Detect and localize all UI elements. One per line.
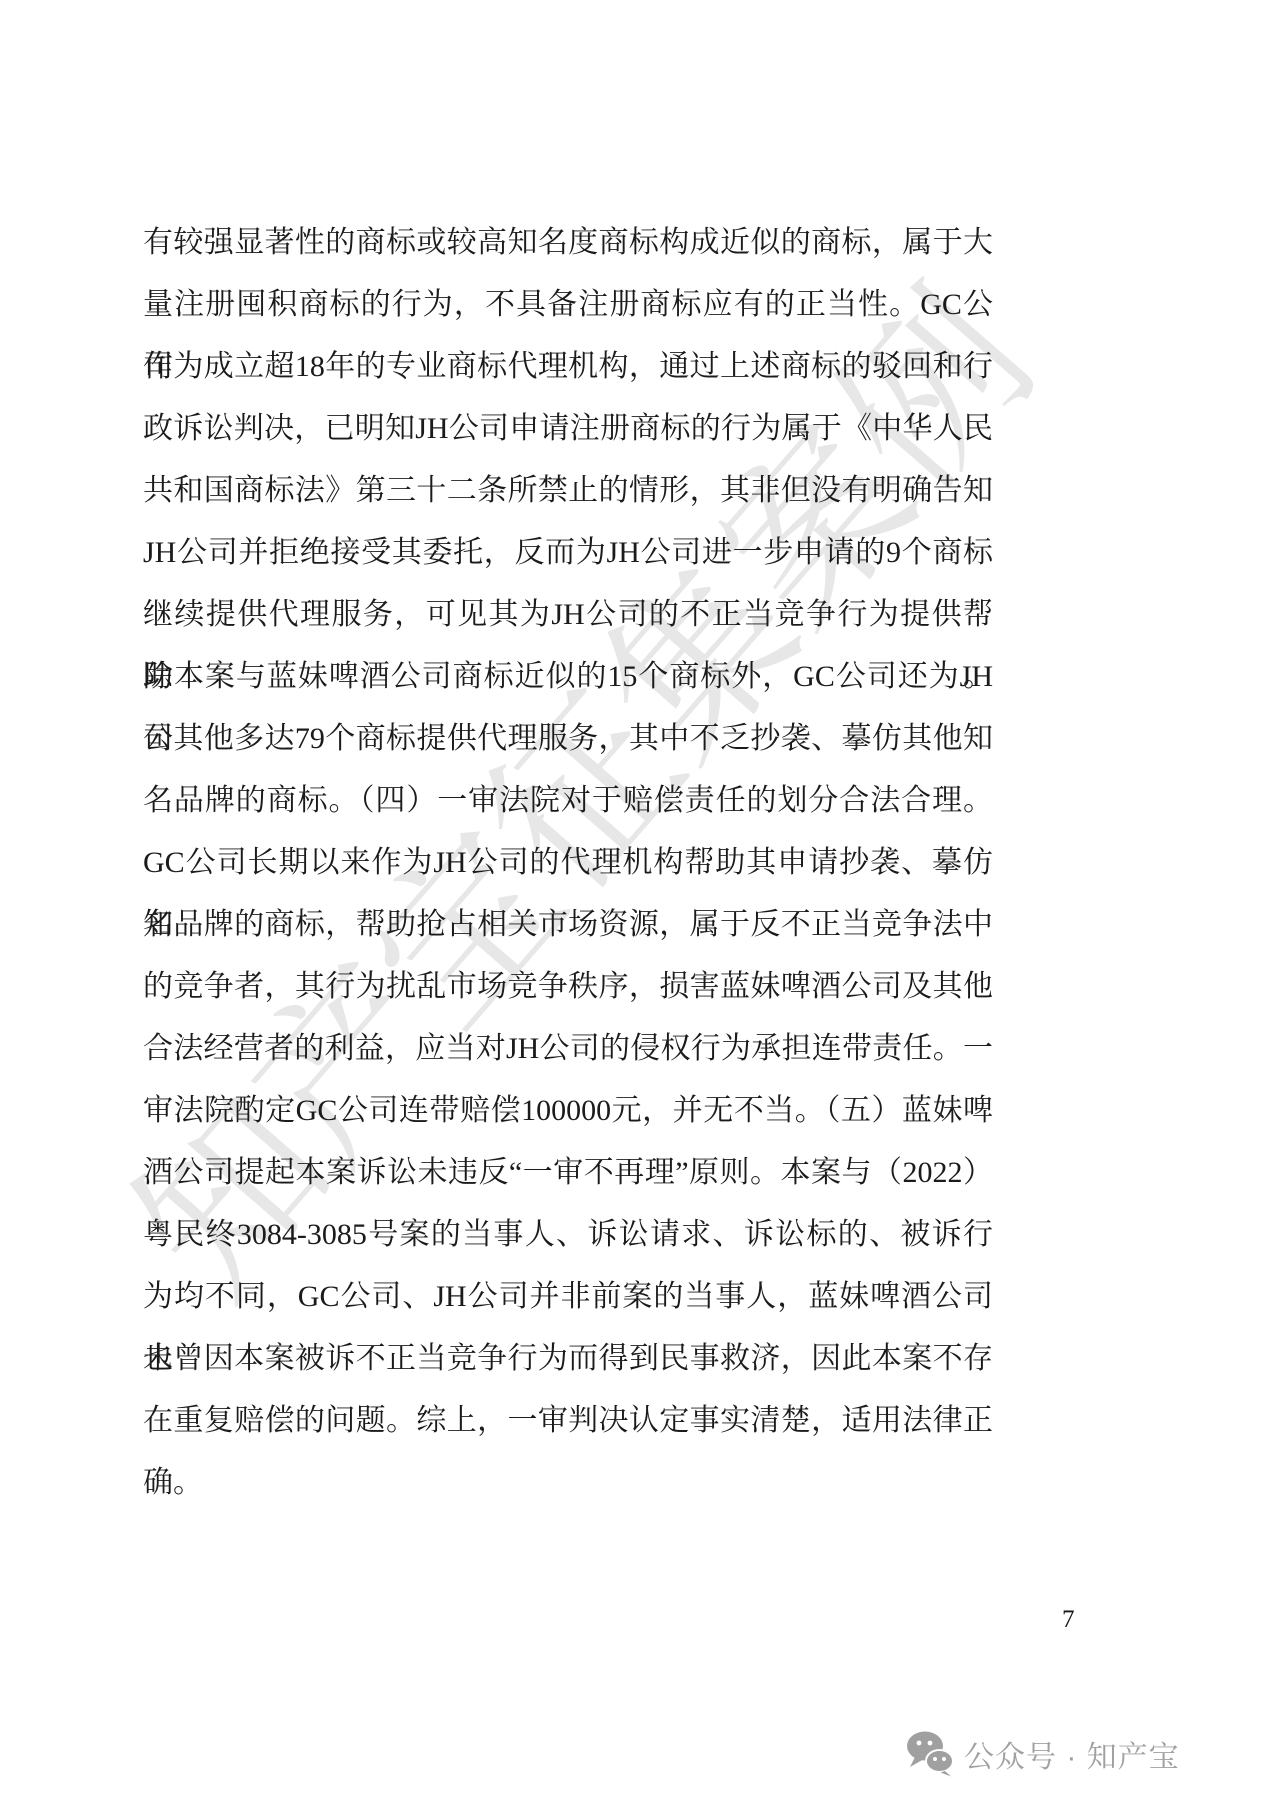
text-line: 的竞争者，其行为扰乱市场竞争秩序，损害蓝妹啤酒公司及其他 <box>143 956 993 1018</box>
judgment-text-block: 有较强显著性的商标或较高知名度商标构成近似的商标，属于大 量注册囤积商标的行为，… <box>143 212 993 1514</box>
text-line: 为均不同，GC公司、JH公司并非前案的当事人，蓝妹啤酒公司也 <box>143 1266 993 1328</box>
text-line: GC公司长期以来作为JH公司的代理机构帮助其申请抄袭、摹仿知 <box>143 832 993 894</box>
text-line: 司其他多达79个商标提供代理服务，其中不乏抄袭、摹仿其他知 <box>143 708 993 770</box>
text-line: 合法经营者的利益，应当对JH公司的侵权行为承担连带责任。一 <box>143 1018 993 1080</box>
text-line: 未曾因本案被诉不正当竞争行为而得到民事救济，因此本案不存 <box>143 1328 993 1390</box>
text-line: 酒公司提起本案诉讼未违反“一审不再理”原则。本案与（2022） <box>143 1142 993 1204</box>
wechat-icon <box>906 1731 954 1777</box>
page-number: 7 <box>1062 1606 1075 1634</box>
footer-brand: 公众号 · 知产宝 <box>906 1731 1180 1777</box>
text-line: 粤民终3084-3085号案的当事人、诉讼请求、诉讼标的、被诉行 <box>143 1204 993 1266</box>
text-line: 审法院酌定GC公司连带赔偿100000元，并无不当。（五）蓝妹啤 <box>143 1080 993 1142</box>
text-line: 名品牌的商标，帮助抢占相关市场资源，属于反不正当竞争法中 <box>143 894 993 956</box>
text-line: 在重复赔偿的问题。综上，一审判决认定事实清楚，适用法律正 <box>143 1390 993 1452</box>
text-line: 作为成立超18年的专业商标代理机构，通过上述商标的驳回和行 <box>143 336 993 398</box>
text-line: 继续提供代理服务，可见其为JH公司的不正当竞争行为提供帮助。 <box>143 584 993 646</box>
footer-brand-label: 公众号 · 知产宝 <box>964 1732 1180 1776</box>
text-line: 共和国商标法》第三十二条所禁止的情形，其非但没有明确告知 <box>143 460 993 522</box>
document-page: 知产宝征集案例 有较强显著性的商标或较高知名度商标构成近似的商标，属于大 量注册… <box>0 0 1280 1810</box>
text-line: JH公司并拒绝接受其委托，反而为JH公司进一步申请的9个商标 <box>143 522 993 584</box>
text-line: 确。 <box>143 1452 993 1514</box>
text-line: 政诉讼判决，已明知JH公司申请注册商标的行为属于《中华人民 <box>143 398 993 460</box>
text-line: 有较强显著性的商标或较高知名度商标构成近似的商标，属于大 <box>143 212 993 274</box>
text-line: 量注册囤积商标的行为，不具备注册商标应有的正当性。GC公司 <box>143 274 993 336</box>
text-line: 名品牌的商标。（四）一审法院对于赔偿责任的划分合法合理。 <box>143 770 993 832</box>
text-line: 除本案与蓝妹啤酒公司商标近似的15个商标外，GC公司还为JH公 <box>143 646 993 708</box>
